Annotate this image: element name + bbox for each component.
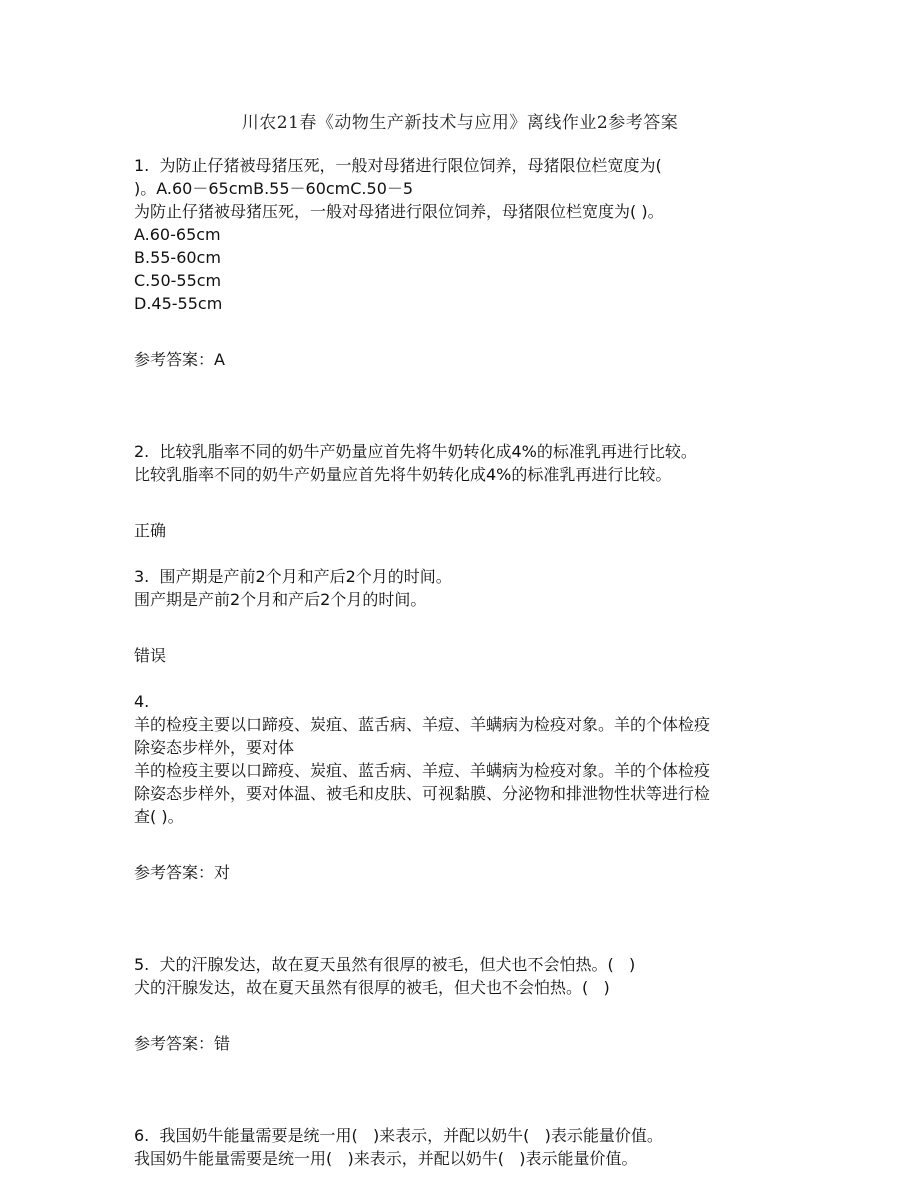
question-header-line: 5. 犬的汗腺发达，故在夏天虽然有很厚的被毛，但犬也不会怕热。( ) [134, 953, 794, 976]
question-header-line: 2. 比较乳脂率不同的奶牛产奶量应首先将牛奶转化成4%的标准乳再进行比较。 [134, 440, 794, 463]
question-2: 2. 比较乳脂率不同的奶牛产奶量应首先将牛奶转化成4%的标准乳再进行比较。 比较… [134, 440, 794, 542]
question-body-line: 比较乳脂率不同的奶牛产奶量应首先将牛奶转化成4%的标准乳再进行比较。 [134, 463, 794, 486]
question-header-line: 4. [134, 690, 794, 713]
page-title: 川农21春《动物生产新技术与应用》离线作业2参考答案 [0, 108, 920, 133]
answer: 参考答案：A [134, 348, 794, 371]
answer: 正确 [134, 519, 794, 542]
answer: 参考答案：错 [134, 1032, 794, 1055]
question-header-line: 1. 为防止仔猪被母猪压死，一般对母猪进行限位饲养，母猪限位栏宽度为( [134, 154, 794, 177]
question-3: 3. 围产期是产前2个月和产后2个月的时间。 围产期是产前2个月和产后2个月的时… [134, 565, 794, 667]
question-1: 1. 为防止仔猪被母猪压死，一般对母猪进行限位饲养，母猪限位栏宽度为( )。A.… [134, 154, 794, 371]
question-5: 5. 犬的汗腺发达，故在夏天虽然有很厚的被毛，但犬也不会怕热。( ) 犬的汗腺发… [134, 953, 794, 1055]
question-header-line: )。A.60－65cmB.55－60cmC.50－5 [134, 177, 794, 200]
question-body-line: 围产期是产前2个月和产后2个月的时间。 [134, 588, 794, 611]
question-header-line: 6. 我国奶牛能量需要是统一用( )来表示，并配以奶牛( )表示能量价值。 [134, 1124, 794, 1147]
question-header-line: 羊的检疫主要以口蹄疫、炭疽、蓝舌病、羊痘、羊螨病为检疫对象。羊的个体检疫 [134, 713, 794, 736]
question-body-line: 查( )。 [134, 805, 794, 828]
answer: 参考答案：对 [134, 861, 794, 884]
question-header-line: 除姿态步样外，要对体 [134, 736, 794, 759]
question-body-line: 羊的检疫主要以口蹄疫、炭疽、蓝舌病、羊痘、羊螨病为检疫对象。羊的个体检疫 [134, 759, 794, 782]
document-body: 1. 为防止仔猪被母猪压死，一般对母猪进行限位饲养，母猪限位栏宽度为( )。A.… [134, 154, 794, 1170]
question-6: 6. 我国奶牛能量需要是统一用( )来表示，并配以奶牛( )表示能量价值。 我国… [134, 1124, 794, 1170]
question-body-line: 除姿态步样外，要对体温、被毛和皮肤、可视黏膜、分泌物和排泄物性状等进行检 [134, 782, 794, 805]
answer: 错误 [134, 644, 794, 667]
option-b: B.55-60cm [134, 246, 794, 269]
question-body-line: 犬的汗腺发达，故在夏天虽然有很厚的被毛，但犬也不会怕热。( ) [134, 976, 794, 999]
option-c: C.50-55cm [134, 269, 794, 292]
option-a: A.60-65cm [134, 223, 794, 246]
question-header-line: 3. 围产期是产前2个月和产后2个月的时间。 [134, 565, 794, 588]
question-body-line: 为防止仔猪被母猪压死，一般对母猪进行限位饲养，母猪限位栏宽度为( )。 [134, 200, 794, 223]
question-4: 4. 羊的检疫主要以口蹄疫、炭疽、蓝舌病、羊痘、羊螨病为检疫对象。羊的个体检疫 … [134, 690, 794, 884]
question-body-line: 我国奶牛能量需要是统一用( )来表示，并配以奶牛( )表示能量价值。 [134, 1147, 794, 1170]
option-d: D.45-55cm [134, 292, 794, 315]
